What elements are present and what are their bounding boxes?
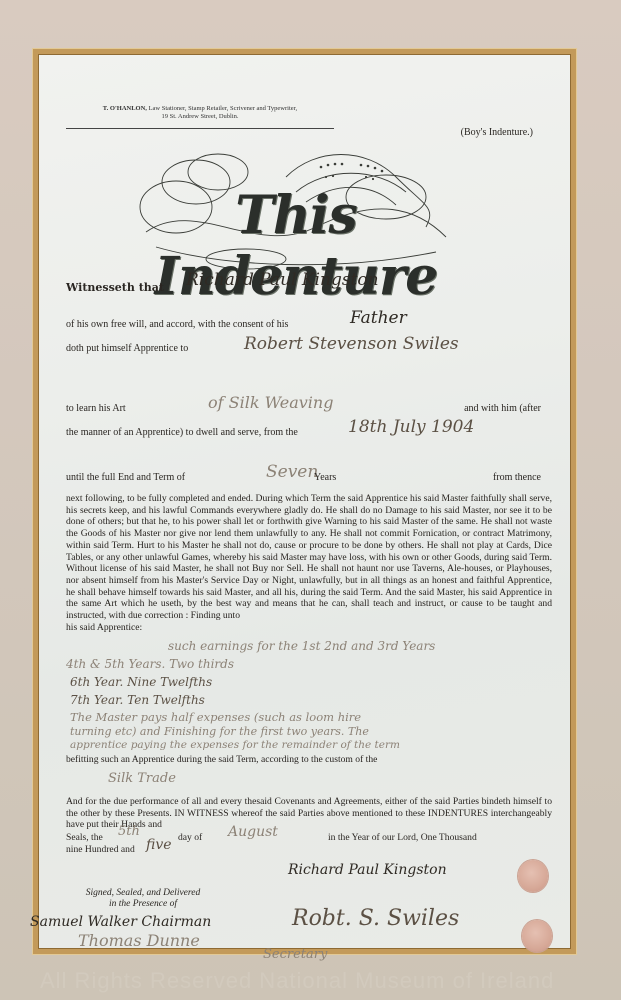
signing-line-2: in the Presence of [109, 899, 177, 909]
mat-background: T. O'HANLON, Law Stationer, Stamp Retail… [0, 0, 621, 1000]
printer-imprint: T. O'HANLON, Law Stationer, Stamp Retail… [66, 105, 334, 129]
dwell-serve-line: the manner of an Apprentice) to dwell an… [66, 427, 298, 438]
from-thence-text: from thence [493, 472, 541, 483]
document-frame: T. O'HANLON, Law Stationer, Stamp Retail… [33, 49, 576, 954]
finding-handwriting-4: 7th Year. Ten Twelfths [70, 693, 205, 707]
term-field: Seven [266, 462, 318, 482]
finding-handwriting-6: turning etc) and Finishing for the first… [70, 725, 369, 738]
master-name-field: Robert Stevenson Swiles [244, 334, 459, 354]
indenture-paper: T. O'HANLON, Law Stationer, Stamp Retail… [38, 54, 571, 949]
finding-label: his said Apprentice: [66, 622, 142, 633]
witness-2-role: Secretary [263, 947, 327, 962]
and-with-him-text: and with him (after [464, 403, 541, 414]
printer-name: T. O'HANLON, [103, 105, 147, 112]
art-field: of Silk Weaving [208, 393, 333, 412]
day-of-label: day of [178, 832, 202, 843]
printer-trade: Law Stationer, Stamp Retailer, Scrivener… [147, 105, 297, 112]
covenants-text: next following, to be fully completed an… [66, 493, 552, 621]
apprentice-signature: Richard Paul Kingston [288, 862, 447, 878]
wax-seal-master [522, 920, 552, 952]
seal-month-field: August [228, 824, 278, 840]
nine-hundred-label: nine Hundred and [66, 844, 135, 855]
years-label: Years [314, 472, 336, 483]
seal-day-field: 5th [118, 824, 140, 839]
finding-handwriting-5: The Master pays half expenses (such as l… [70, 710, 361, 724]
finding-handwriting-2: 4th & 5th Years. Two thirds [66, 657, 234, 671]
consent-line: of his own free will, and accord, with t… [66, 319, 288, 330]
signing-line-1: Signed, Sealed, and Delivered [86, 888, 200, 898]
befitting-line: befitting such an Apprentice during the … [66, 754, 552, 766]
learn-art-line: to learn his Art [66, 403, 126, 414]
apprentice-name-field: Richard Paul Kingston [186, 270, 379, 290]
year-of-lord-label: in the Year of our Lord, One Thousand [328, 832, 477, 843]
witness-signature-2: Thomas Dunne [78, 931, 200, 950]
seals-the-label: Seals, the [66, 832, 103, 843]
consent-of-field: Father [350, 308, 407, 328]
witness-signature-1: Samuel Walker Chairman [30, 914, 211, 930]
seal-year-field: five [146, 837, 172, 853]
master-signature: Robt. S. Swiles [292, 906, 459, 931]
witnesseth-line: Witnesseth that [66, 281, 164, 294]
wax-seal-apprentice [518, 860, 548, 892]
term-line: until the full End and Term of [66, 472, 185, 483]
witnesseth-label: Witnesseth that [66, 281, 164, 294]
finding-handwriting-3: 6th Year. Nine Twelfths [70, 675, 212, 689]
finding-handwriting-7: apprentice paying the expenses for the r… [70, 739, 400, 751]
copyright-watermark: All Rights Reserved National Museum of I… [40, 968, 620, 994]
printer-address: 19 St. Andrew Street, Dublin. [161, 113, 238, 120]
signed-sealed-delivered: Signed, Sealed, and Delivered in the Pre… [68, 888, 218, 910]
custom-of-field: Silk Trade [108, 771, 176, 786]
title-calligraphy: This Indenture [136, 137, 456, 277]
put-apprentice-line: doth put himself Apprentice to [66, 343, 188, 354]
finding-handwriting-1: such earnings for the 1st 2nd and 3rd Ye… [168, 639, 435, 653]
start-date-field: 18th July 1904 [348, 417, 474, 437]
covenants-paragraph: next following, to be fully completed an… [66, 493, 552, 633]
form-type-label: (Boy's Indenture.) [461, 127, 533, 138]
